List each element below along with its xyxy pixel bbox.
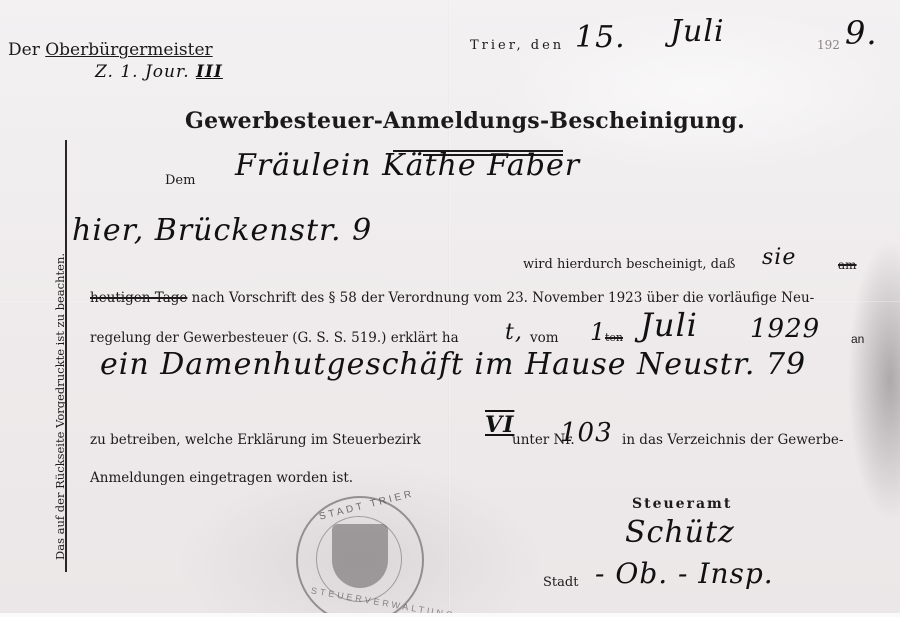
body-line-2-text: nach Vorschrift des § 58 der Verordnung … — [192, 290, 815, 306]
struck-heutigen-tage: heutigen Tage — [90, 290, 187, 306]
document-sheet: Der Oberbürgermeister Z. 1. Jour. III Tr… — [0, 0, 900, 617]
reference-roman: III — [196, 62, 223, 82]
place-label: Trier, den — [470, 38, 564, 53]
official-seal: STADT TRIER STEUERVERWALTUNG — [296, 496, 424, 617]
body-line-1: wird hierdurch bescheinigt, daß — [523, 257, 735, 272]
body-line-2: heutigen Tage nach Vorschrift des § 58 d… — [90, 290, 814, 306]
fold-crease-vertical — [448, 0, 450, 617]
reference-handwritten: Z. 1. Jour. — [95, 62, 190, 82]
reference-number: Z. 1. Jour. III — [95, 62, 223, 82]
body-line-4a: zu betreiben, welche Erklärung im Steuer… — [90, 432, 421, 448]
city-title-handwritten: - Ob. - Insp. — [595, 557, 774, 590]
body-line-5: Anmeldungen eingetragen worden ist. — [90, 470, 353, 486]
city-label: Stadt — [543, 575, 578, 590]
issuer-title: Oberbürgermeister — [45, 40, 212, 60]
body-line-3: regelung der Gewerbesteuer (G. S. S. 519… — [90, 330, 459, 346]
signature: Schütz — [625, 515, 735, 550]
from-day: 1 — [590, 318, 606, 346]
from-year: 1929 — [750, 314, 820, 344]
struck-ten: ten — [605, 331, 623, 344]
vom-label: vom — [530, 330, 559, 346]
recipient-address: hier, Brückenstr. 9 — [72, 213, 372, 248]
date-month: Juli — [670, 14, 725, 49]
document-title: Gewerbesteuer-Anmeldungs-Bescheinigung. — [185, 108, 745, 134]
issuer: Der Oberbürgermeister — [8, 40, 213, 60]
office-label: Steueramt — [632, 496, 732, 512]
hat-suffix-handwritten: t, — [505, 320, 523, 345]
coat-of-arms-shield-icon — [332, 524, 388, 588]
year-handwritten-suffix: 9. — [845, 14, 878, 52]
date-day: 15. — [575, 20, 626, 55]
from-month: Juli — [640, 306, 698, 344]
tax-district: VI — [485, 412, 514, 438]
business-description: ein Damenhutgeschäft im Hause Neustr. 79 — [100, 347, 806, 382]
struck-am: am — [838, 258, 857, 272]
salutation: Dem — [165, 173, 195, 188]
paper-edge — [0, 613, 900, 617]
year-printed-prefix: 192 — [817, 38, 840, 52]
recipient-name: Fräulein Käthe Faber — [235, 148, 580, 183]
pronoun-handwritten: sie — [762, 245, 796, 270]
issuer-prefix: Der — [8, 40, 40, 60]
an-label: an — [851, 332, 864, 346]
side-note: Das auf der Rückseite Vorgedruckte ist z… — [53, 180, 67, 560]
body-line-4b: in das Verzeichnis der Gewerbe- — [622, 432, 843, 448]
registry-number: 103 — [560, 418, 613, 448]
